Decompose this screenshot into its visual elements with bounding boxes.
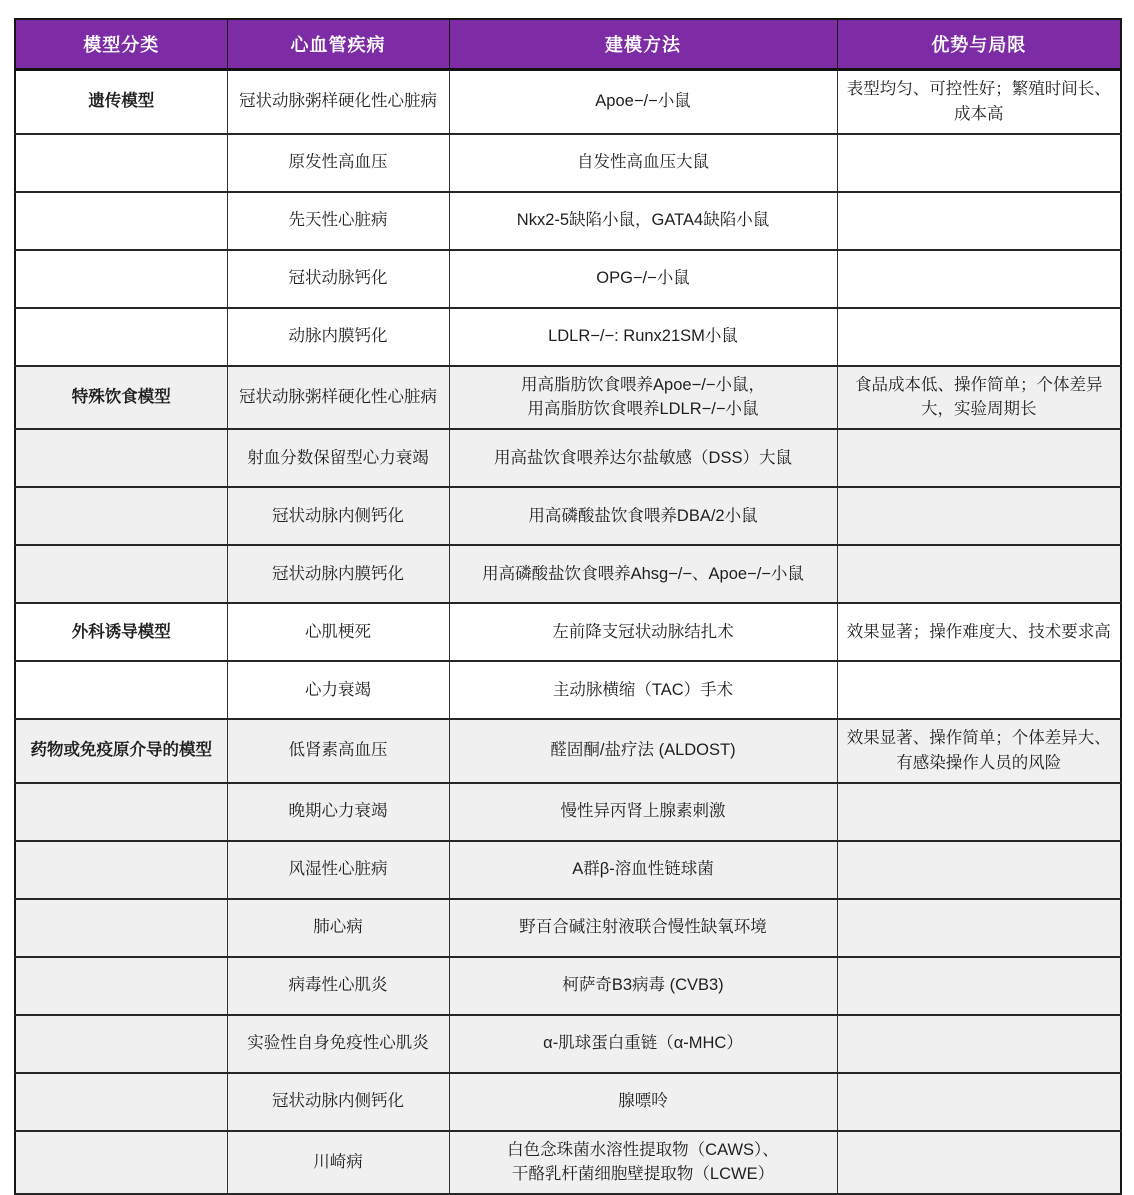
cell-pros-cons <box>837 192 1121 250</box>
cell-method: 白色念珠菌水溶性提取物（CAWS）、 干酪乳杆菌细胞壁提取物（LCWE） <box>449 1131 837 1195</box>
cell-pros-cons: 效果显著、操作简单；个体差异大、 有感染操作人员的风险 <box>837 719 1121 783</box>
cell-disease: 川崎病 <box>227 1131 449 1195</box>
cell-pros-cons: 效果显著；操作难度大、技术要求高 <box>837 603 1121 661</box>
cell-pros-cons: 表型均匀、可控性好；繁殖时间长、 成本高 <box>837 70 1121 134</box>
cell-pros-cons <box>837 545 1121 603</box>
cell-disease: 实验性自身免疫性心肌炎 <box>227 1015 449 1073</box>
table-row: 川崎病 白色念珠菌水溶性提取物（CAWS）、 干酪乳杆菌细胞壁提取物（LCWE） <box>15 1131 1121 1195</box>
cell-model-category <box>15 1131 227 1195</box>
cell-model-category <box>15 1015 227 1073</box>
header-col-pros-cons: 优势与局限 <box>837 19 1121 70</box>
cell-pros-cons <box>837 1015 1121 1073</box>
cell-method: 主动脉横缩（TAC）手术 <box>449 661 837 719</box>
cell-model-category <box>15 783 227 841</box>
table-row: 特殊饮食模型 冠状动脉粥样硬化性心脏病 用高脂肪饮食喂养Apoe−/−小鼠， 用… <box>15 366 1121 430</box>
cell-model-category <box>15 250 227 308</box>
cell-method: 腺嘌呤 <box>449 1073 837 1131</box>
cell-method: LDLR−/−: Runx21SM小鼠 <box>449 308 837 366</box>
table-row: 肺心病 野百合碱注射液联合慢性缺氧环境 <box>15 899 1121 957</box>
table-row: 原发性高血压 自发性高血压大鼠 <box>15 134 1121 192</box>
cell-model-category <box>15 841 227 899</box>
cell-method: A群β-溶血性链球菌 <box>449 841 837 899</box>
cell-model-category <box>15 308 227 366</box>
cell-model-category <box>15 661 227 719</box>
table-row: 冠状动脉内膜钙化 用高磷酸盐饮食喂养Ahsg−/−、Apoe−/−小鼠 <box>15 545 1121 603</box>
cell-model-category: 特殊饮食模型 <box>15 366 227 430</box>
cell-disease: 冠状动脉钙化 <box>227 250 449 308</box>
cell-method: 用高脂肪饮食喂养Apoe−/−小鼠， 用高脂肪饮食喂养LDLR−/−小鼠 <box>449 366 837 430</box>
table-row: 实验性自身免疫性心肌炎 α-肌球蛋白重链（α-MHC） <box>15 1015 1121 1073</box>
cell-model-category <box>15 134 227 192</box>
cell-model-category <box>15 192 227 250</box>
table-row: 外科诱导模型 心肌梗死 左前降支冠状动脉结扎术 效果显著；操作难度大、技术要求高 <box>15 603 1121 661</box>
cardiovascular-models-table-wrap: 模型分类 心血管疾病 建模方法 优势与局限 遗传模型 冠状动脉粥样硬化性心脏病 … <box>14 18 1120 1195</box>
cell-disease: 病毒性心肌炎 <box>227 957 449 1015</box>
cell-disease: 冠状动脉内侧钙化 <box>227 487 449 545</box>
cell-method: α-肌球蛋白重链（α-MHC） <box>449 1015 837 1073</box>
cell-pros-cons <box>837 899 1121 957</box>
cell-pros-cons <box>837 841 1121 899</box>
table-row: 风湿性心脏病 A群β-溶血性链球菌 <box>15 841 1121 899</box>
cell-method: 左前降支冠状动脉结扎术 <box>449 603 837 661</box>
cell-pros-cons <box>837 308 1121 366</box>
cell-pros-cons <box>837 429 1121 487</box>
cell-pros-cons <box>837 783 1121 841</box>
cell-disease: 冠状动脉内膜钙化 <box>227 545 449 603</box>
cell-model-category <box>15 899 227 957</box>
header-col-model-category: 模型分类 <box>15 19 227 70</box>
table-row: 先天性心脏病 Nkx2-5缺陷小鼠，GATA4缺陷小鼠 <box>15 192 1121 250</box>
cell-pros-cons <box>837 134 1121 192</box>
cell-method: 用高盐饮食喂养达尔盐敏感（DSS）大鼠 <box>449 429 837 487</box>
cell-disease: 冠状动脉粥样硬化性心脏病 <box>227 70 449 134</box>
table-row: 晚期心力衰竭 慢性异丙肾上腺素刺激 <box>15 783 1121 841</box>
cell-pros-cons <box>837 957 1121 1015</box>
header-col-disease: 心血管疾病 <box>227 19 449 70</box>
cell-method: 用高磷酸盐饮食喂养Ahsg−/−、Apoe−/−小鼠 <box>449 545 837 603</box>
cell-pros-cons: 食品成本低、操作简单；个体差异 大，实验周期长 <box>837 366 1121 430</box>
cell-disease: 晚期心力衰竭 <box>227 783 449 841</box>
cell-disease: 低肾素高血压 <box>227 719 449 783</box>
cell-model-category: 外科诱导模型 <box>15 603 227 661</box>
cell-method: 用高磷酸盐饮食喂养DBA/2小鼠 <box>449 487 837 545</box>
cell-model-category <box>15 429 227 487</box>
table-row: 冠状动脉内侧钙化 用高磷酸盐饮食喂养DBA/2小鼠 <box>15 487 1121 545</box>
cell-disease: 风湿性心脏病 <box>227 841 449 899</box>
cell-model-category: 遗传模型 <box>15 70 227 134</box>
cell-disease: 心力衰竭 <box>227 661 449 719</box>
cell-disease: 肺心病 <box>227 899 449 957</box>
table-row: 药物或免疫原介导的模型 低肾素高血压 醛固酮/盐疗法 (ALDOST) 效果显著… <box>15 719 1121 783</box>
header-col-method: 建模方法 <box>449 19 837 70</box>
table-row: 冠状动脉内侧钙化 腺嘌呤 <box>15 1073 1121 1131</box>
cell-disease: 动脉内膜钙化 <box>227 308 449 366</box>
cell-method: 自发性高血压大鼠 <box>449 134 837 192</box>
cell-disease: 心肌梗死 <box>227 603 449 661</box>
cell-method: Apoe−/−小鼠 <box>449 70 837 134</box>
cell-model-category: 药物或免疫原介导的模型 <box>15 719 227 783</box>
cell-disease: 冠状动脉粥样硬化性心脏病 <box>227 366 449 430</box>
cell-disease: 先天性心脏病 <box>227 192 449 250</box>
cell-method: 慢性异丙肾上腺素刺激 <box>449 783 837 841</box>
table-body: 遗传模型 冠状动脉粥样硬化性心脏病 Apoe−/−小鼠 表型均匀、可控性好；繁殖… <box>15 70 1121 1195</box>
table-row: 病毒性心肌炎 柯萨奇B3病毒 (CVB3) <box>15 957 1121 1015</box>
cell-disease: 原发性高血压 <box>227 134 449 192</box>
table-header: 模型分类 心血管疾病 建模方法 优势与局限 <box>15 19 1121 70</box>
cell-method: OPG−/−小鼠 <box>449 250 837 308</box>
cell-pros-cons <box>837 250 1121 308</box>
table-row: 射血分数保留型心力衰竭 用高盐饮食喂养达尔盐敏感（DSS）大鼠 <box>15 429 1121 487</box>
cell-pros-cons <box>837 1131 1121 1195</box>
table-row: 遗传模型 冠状动脉粥样硬化性心脏病 Apoe−/−小鼠 表型均匀、可控性好；繁殖… <box>15 70 1121 134</box>
cell-model-category <box>15 545 227 603</box>
cell-method: Nkx2-5缺陷小鼠，GATA4缺陷小鼠 <box>449 192 837 250</box>
cell-pros-cons <box>837 661 1121 719</box>
header-row: 模型分类 心血管疾病 建模方法 优势与局限 <box>15 19 1121 70</box>
table-row: 冠状动脉钙化 OPG−/−小鼠 <box>15 250 1121 308</box>
cell-method: 柯萨奇B3病毒 (CVB3) <box>449 957 837 1015</box>
cell-disease: 冠状动脉内侧钙化 <box>227 1073 449 1131</box>
cell-method: 醛固酮/盐疗法 (ALDOST) <box>449 719 837 783</box>
table-row: 心力衰竭 主动脉横缩（TAC）手术 <box>15 661 1121 719</box>
cell-model-category <box>15 487 227 545</box>
cell-model-category <box>15 957 227 1015</box>
cell-method: 野百合碱注射液联合慢性缺氧环境 <box>449 899 837 957</box>
cell-pros-cons <box>837 487 1121 545</box>
cell-pros-cons <box>837 1073 1121 1131</box>
cardiovascular-models-table: 模型分类 心血管疾病 建模方法 优势与局限 遗传模型 冠状动脉粥样硬化性心脏病 … <box>14 18 1122 1195</box>
table-row: 动脉内膜钙化 LDLR−/−: Runx21SM小鼠 <box>15 308 1121 366</box>
cell-model-category <box>15 1073 227 1131</box>
cell-disease: 射血分数保留型心力衰竭 <box>227 429 449 487</box>
